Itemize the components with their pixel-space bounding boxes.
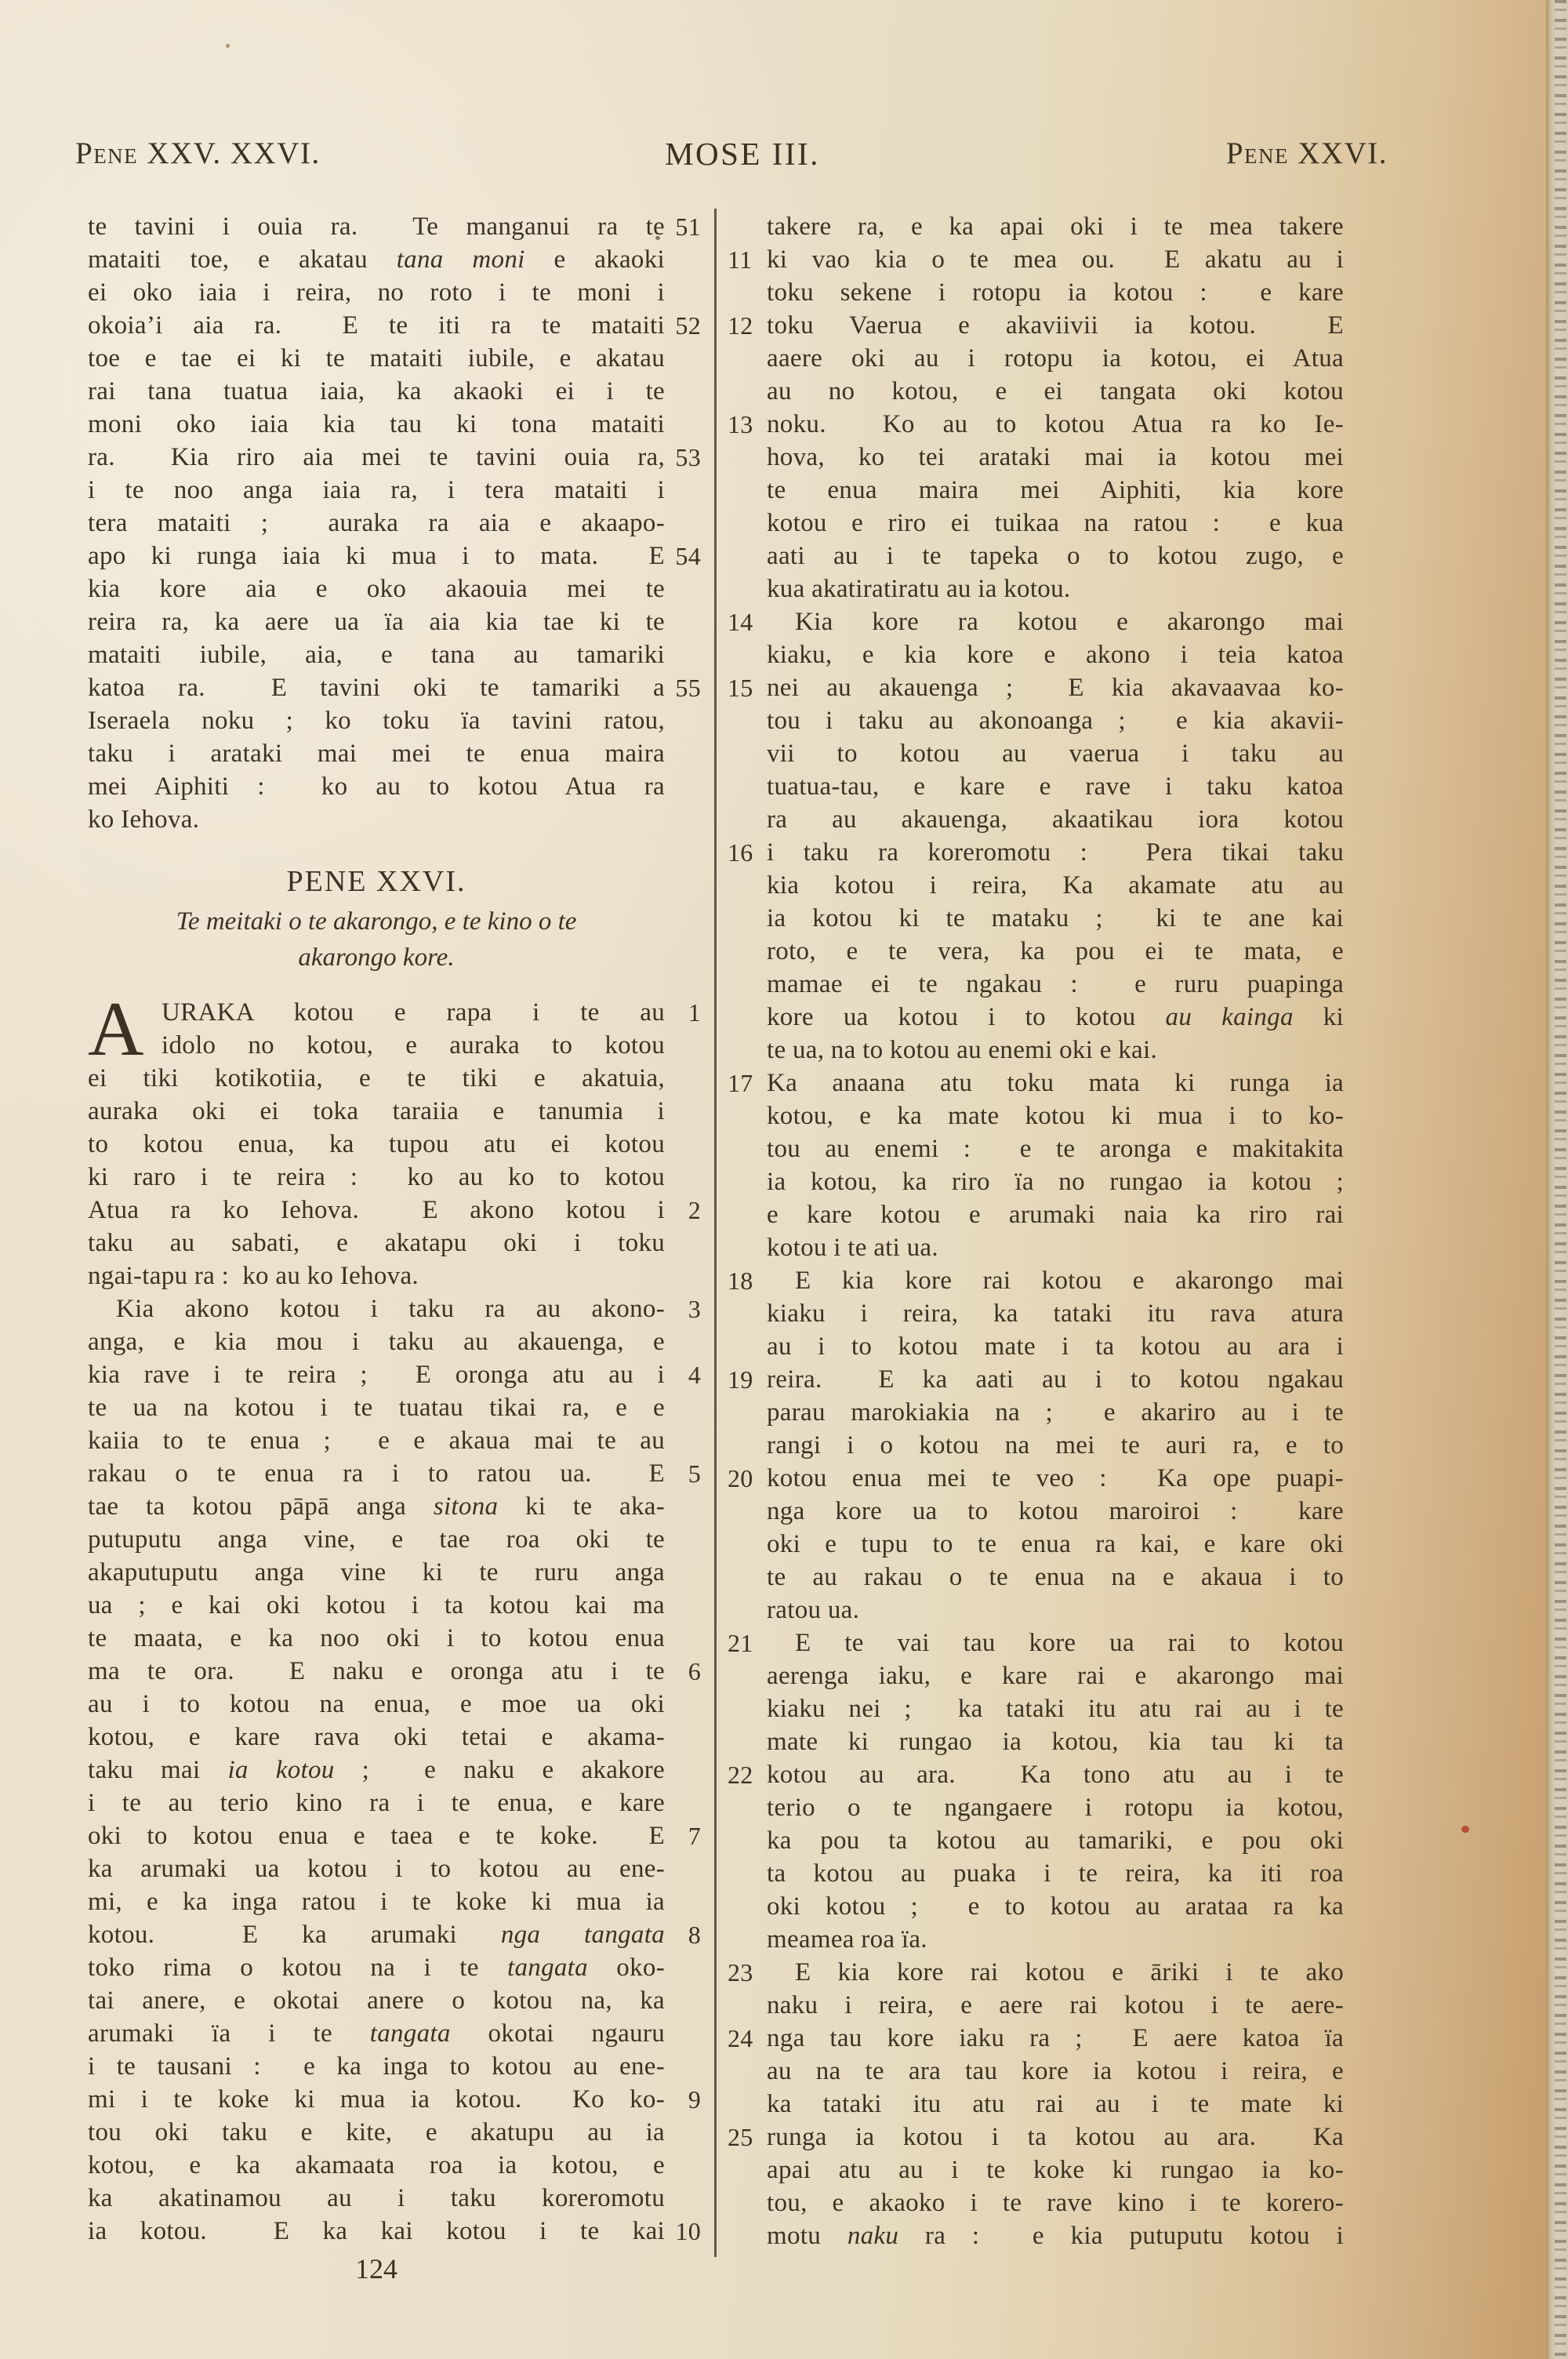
verse-number [665, 1391, 709, 1424]
text-line: mataiti iubile, aia, e tana au tamariki [88, 638, 709, 671]
verse-text: rakau o te enua ra i to ratou ua. E [88, 1457, 665, 1490]
verse-number: 55 [665, 671, 709, 704]
text-line: arumaki ïa i te tangata okotai ngauru [88, 2017, 709, 2050]
verse-number [665, 1622, 709, 1655]
text-line: ka tataki itu atu rai au i te mate ki [723, 2088, 1344, 2121]
verse-text: te ua na kotou i te tuatau tikai ra, e e [88, 1391, 665, 1424]
verse-text: kua akatiratiratu au ia kotou. [767, 572, 1344, 605]
verse-number: 3 [665, 1292, 709, 1325]
text-line: kotou. E ka arumaki nga tangata8 [88, 1918, 709, 1951]
verse-number: 15 [723, 671, 767, 704]
text-line: mataiti toe, e akatau tana moni e akaoki [88, 243, 709, 276]
text-line: mi, e ka inga ratou i te koke ki mua ia [88, 1885, 709, 1918]
verse-text: tae ta kotou pāpā anga sitona ki te aka- [88, 1490, 665, 1523]
text-line: ngai-tapu ra : ko au ko Iehova. [88, 1259, 709, 1292]
verse-text: parau marokiakia na ; e akariro au i te [767, 1396, 1344, 1429]
verse-number [723, 1330, 767, 1363]
verse-text: ka tataki itu atu rai au i te mate ki [767, 2088, 1344, 2121]
text-line: Kia akono kotou i taku ra au akono-3 [88, 1292, 709, 1325]
verse-number [723, 1165, 767, 1198]
verse-number [723, 1692, 767, 1725]
text-line: i te tausani : e ka inga to kotou au ene… [88, 2050, 709, 2083]
verse-number [665, 803, 709, 836]
text-line: apai atu au i te koke ki rungao ia ko- [723, 2154, 1344, 2186]
text-line: taku i arataki mai mei te enua maira [88, 737, 709, 770]
verse-text: au i to kotou na enua, e moe ua oki [88, 1688, 665, 1721]
column-divider-rule [714, 209, 717, 2257]
verse-number [665, 1227, 709, 1259]
text-line: oki kotou ; e to kotou au arataa ra ka [723, 1890, 1344, 1923]
text-line: Atua ra ko Iehova. E akono kotou i2 [88, 1194, 709, 1227]
verse-text: reira ra, ka aere ua ïa aia kia tae ki t… [88, 605, 665, 638]
verse-number [665, 1490, 709, 1523]
verse-text: te enua maira mei Aiphiti, kia kore [767, 474, 1344, 507]
verse-number [723, 737, 767, 770]
text-line: aati au i te tapeka o to kotou zugo, e [723, 540, 1344, 572]
text-line: ka akatinamou au i taku koreromotu [88, 2182, 709, 2215]
text-line: terio o te ngangaere i rotopu ia kotou, [723, 1791, 1344, 1824]
text-line: 15nei au akauenga ; E kia akavaavaa ko- [723, 671, 1344, 704]
verse-number [665, 1523, 709, 1556]
verse-number [723, 1495, 767, 1528]
verse-text: ka pou ta kotou au tamariki, e pou oki [767, 1824, 1344, 1857]
text-line: akaputuputu anga vine ki te ruru anga [88, 1556, 709, 1589]
text-line: tou i taku au akonoanga ; e kia akavii- [723, 704, 1344, 737]
text-line: takere ra, e ka apai oki i te mea takere [723, 210, 1344, 243]
text-line: 16i taku ra koreromotu : Pera tikai taku [723, 836, 1344, 869]
verse-number [723, 474, 767, 507]
text-line: parau marokiakia na ; e akariro au i te [723, 1396, 1344, 1429]
verse-text: tai anere, e okotai anere o kotou na, ka [88, 1984, 665, 2017]
verse-number [723, 1429, 767, 1462]
text-line: rakau o te enua ra i to ratou ua. E5 [88, 1457, 709, 1490]
verse-text: putuputu anga vine, e tae roa oki te [88, 1523, 665, 1556]
verse-text: E kia kore rai kotou e āriki i te ako [767, 1956, 1344, 1989]
verse-text: ia kotou ki te mataku ; ki te ane kai [767, 902, 1344, 935]
verse-number [665, 1852, 709, 1885]
text-line: 21E te vai tau kore ua rai to kotou [723, 1627, 1344, 1659]
verse-number: 10 [665, 2215, 709, 2248]
verse-text: mei Aiphiti : ko au to kotou Atua ra [88, 770, 665, 803]
text-line: kotou, e ka akamaata roa ia kotou, e [88, 2149, 709, 2182]
verse-text: kiaku i reira, ka tataki itu rava atura [767, 1297, 1344, 1330]
verse-number [665, 1259, 709, 1292]
verse-text: ko Iehova. [88, 803, 665, 836]
text-line: kaiia to te enua ; e e akaua mai te au [88, 1424, 709, 1457]
verse-text: Kia kore ra kotou e akarongo mai [767, 605, 1344, 638]
verse-number: 54 [665, 540, 709, 572]
verse-number [665, 1951, 709, 1984]
text-line: anga, e kia mou i taku au akauenga, e [88, 1325, 709, 1358]
text-line: tou au enemi : e te aronga e makitakita [723, 1132, 1344, 1165]
verse-number [665, 342, 709, 375]
text-line: tai anere, e okotai anere o kotou na, ka [88, 1984, 709, 2017]
running-head-left: Pene XXV. XXVI. [75, 133, 321, 174]
text-line: toku sekene i rotopu ia kotou : e kare [723, 276, 1344, 309]
verse-text: i te au terio kino ra i te enua, e kare [88, 1787, 665, 1819]
text-line: te ua na kotou i te tuatau tikai ra, e e [88, 1391, 709, 1424]
text-line: 25runga ia kotou i ta kotou au ara. Ka [723, 2121, 1344, 2154]
text-line: kia rave i te reira ; E oronga atu au i4 [88, 1358, 709, 1391]
verse-text: arumaki ïa i te tangata okotai ngauru [88, 2017, 665, 2050]
verse-number [723, 1725, 767, 1758]
verse-number [723, 704, 767, 737]
verse-number [723, 1561, 767, 1594]
verse-number [665, 2182, 709, 2215]
verse-text: oki e tupu to te enua ra kai, e kare oki [767, 1528, 1344, 1561]
text-line: au i to kotou na enua, e moe ua oki [88, 1688, 709, 1721]
text-line: aerenga iaku, e kare rai e akarongo mai [723, 1659, 1344, 1692]
text-line: te ua, na to kotou au enemi oki e kai. [723, 1034, 1344, 1067]
verse-text: ei oko iaia i reira, no roto i te moni i [88, 276, 665, 309]
verse-text: anga, e kia mou i taku au akauenga, e [88, 1325, 665, 1358]
verse-text: ei tiki kotikotiia, e te tiki e akatuia, [88, 1062, 665, 1095]
verse-text: tou, e akaoko i te rave kino i te korero… [767, 2186, 1344, 2219]
text-line: 19reira. E ka aati au i to kotou ngakau [723, 1363, 1344, 1396]
verse-text: naku i reira, e aere rai kotou i te aere… [767, 1989, 1344, 2022]
verse-number: 25 [723, 2121, 767, 2154]
verse-text: E kia kore rai kotou e akarongo mai [767, 1264, 1344, 1297]
text-line: mei Aiphiti : ko au to kotou Atua ra [88, 770, 709, 803]
verse-text: e kare kotou e arumaki naia ka riro rai [767, 1198, 1344, 1231]
verse-text: motu naku ra : e kia putuputu kotou i [767, 2219, 1344, 2252]
text-line: te enua maira mei Aiphiti, kia kore [723, 474, 1344, 507]
verse-number: 24 [723, 2022, 767, 2055]
text-line: 24nga tau kore iaku ra ; E aere katoa ïa [723, 2022, 1344, 2055]
text-line: ratou ua. [723, 1594, 1344, 1627]
paper-speck [655, 236, 660, 240]
text-line: ua ; e kai oki kotou i ta kotou kai ma [88, 1589, 709, 1622]
verse-number: 12 [723, 309, 767, 342]
verse-text: kotou. E ka arumaki nga tangata [88, 1918, 665, 1951]
verse-number [665, 1556, 709, 1589]
text-line: tuatua-tau, e kare e rave i taku katoa [723, 770, 1344, 803]
verse-text: te maata, e ka noo oki i to kotou enua [88, 1622, 665, 1655]
text-line: kia kotou i reira, Ka akamate atu au [723, 869, 1344, 902]
verse-number [665, 1721, 709, 1754]
verse-number [665, 243, 709, 276]
text-line: 23E kia kore rai kotou e āriki i te ako [723, 1956, 1344, 1989]
verse-number [723, 1297, 767, 1330]
verse-text: kotou e riro ei tuikaa na ratou : e kua [767, 507, 1344, 540]
verse-number: 23 [723, 1956, 767, 1989]
text-line: ei oko iaia i reira, no roto i te moni i [88, 276, 709, 309]
verse-number [723, 1034, 767, 1067]
verse-text: ka arumaki ua kotou i to kotou au ene- [88, 1852, 665, 1885]
verse-text: akaputuputu anga vine ki te ruru anga [88, 1556, 665, 1589]
text-line: te maata, e ka noo oki i to kotou enua [88, 1622, 709, 1655]
verse-number [723, 968, 767, 1001]
verse-number [723, 902, 767, 935]
verse-text: te tavini i ouia ra. Te manganui ra te [88, 210, 665, 243]
verse-number [723, 1791, 767, 1824]
verse-number [723, 1198, 767, 1231]
verse-text: ia kotou, ka riro ïa no rungao ia kotou … [767, 1165, 1344, 1198]
text-line: oki e tupu to te enua ra kai, e kare oki [723, 1528, 1344, 1561]
verse-number [665, 770, 709, 803]
text-line: 22kotou au ara. Ka tono atu au i te [723, 1758, 1344, 1791]
verse-text: kore ua kotou i to kotou au kainga ki [767, 1001, 1344, 1034]
verse-text: nei au akauenga ; E kia akavaavaa ko- [767, 671, 1344, 704]
verse-number [723, 342, 767, 375]
text-line: vii to kotou au vaerua i taku au [723, 737, 1344, 770]
verse-number [723, 770, 767, 803]
verse-number [665, 1754, 709, 1787]
chapter-heading: PENE XXVI. [88, 860, 709, 903]
verse-text: tera mataiti ; auraka ra aia e akaapo- [88, 507, 665, 540]
verse-text: kotou, e ka mate kotou ki mua i to ko- [767, 1100, 1344, 1132]
text-line: ki raro i te reira : ko au ko to kotou [88, 1161, 709, 1194]
text-line: kiaku nei ; ka tataki itu atu rai au i t… [723, 1692, 1344, 1725]
verse-number: 19 [723, 1363, 767, 1396]
text-line: mate ki rungao ia kotou, kia tau ki ta [723, 1725, 1344, 1758]
text-line: te au rakau o te enua na e akaua i to [723, 1561, 1344, 1594]
verse-number: 7 [665, 1819, 709, 1852]
verse-text: taku i arataki mai mei te enua maira [88, 737, 665, 770]
text-line: kiaku, e kia kore e akono i teia katoa [723, 638, 1344, 671]
book-page-photo: Pene XXV. XXVI. MOSE III. Pene XXVI. te … [0, 0, 1568, 2359]
red-dot-mark [1461, 1826, 1469, 1833]
verse-text: ra. Kia riro aia mei te tavini ouia ra, [88, 441, 665, 474]
verse-number [665, 474, 709, 507]
verse-text: ra au akauenga, akaatikau iora kotou [767, 803, 1344, 836]
verse-number: 8 [665, 1918, 709, 1951]
verse-text: kiaku, e kia kore e akono i teia katoa [767, 638, 1344, 671]
drop-cap: A [88, 997, 157, 1063]
verse-text: mataiti iubile, aia, e tana au tamariki [88, 638, 665, 671]
verse-text: i taku ra koreromotu : Pera tikai taku [767, 836, 1344, 869]
text-line: tae ta kotou pāpā anga sitona ki te aka- [88, 1490, 709, 1523]
verse-number: 4 [665, 1358, 709, 1391]
text-line: toko rima o kotou na i te tangata oko- [88, 1951, 709, 1984]
verse-text: au i to kotou mate i ta kotou au ara i [767, 1330, 1344, 1363]
text-column-right: takere ra, e ka apai oki i te mea takere… [723, 210, 1344, 2252]
text-line: au no kotou, e ei tangata oki kotou [723, 375, 1344, 408]
verse-number [665, 1787, 709, 1819]
verse-text: tou i taku au akonoanga ; e kia akavii- [767, 704, 1344, 737]
verse-text: kotou enua mei te veo : Ka ope puapi- [767, 1462, 1344, 1495]
verse-text: kia kore aia e oko akaouia mei te [88, 572, 665, 605]
verse-number [665, 605, 709, 638]
running-head-right: Pene XXVI. [1226, 133, 1388, 174]
verse-number [665, 2050, 709, 2083]
verse-number: 2 [665, 1194, 709, 1227]
verse-text: kia kotou i reira, Ka akamate atu au [767, 869, 1344, 902]
verse-number: 9 [665, 2083, 709, 2116]
text-line: ia kotou, ka riro ïa no rungao ia kotou … [723, 1165, 1344, 1198]
verse-number [665, 1325, 709, 1358]
verse-text: takere ra, e ka apai oki i te mea takere [767, 210, 1344, 243]
verse-number [723, 1857, 767, 1890]
text-line: nga kore ua to kotou maroiroi : kare [723, 1495, 1344, 1528]
text-line: 13noku. Ko au to kotou Atua ra ko Ie- [723, 408, 1344, 441]
verse-text: toku Vaerua e akaviivii ia kotou. E [767, 309, 1344, 342]
verse-number [723, 935, 767, 968]
verse-text: reira. E ka aati au i to kotou ngakau [767, 1363, 1344, 1396]
verse-number [723, 1231, 767, 1264]
verse-text: mataiti toe, e akatau tana moni e akaoki [88, 243, 665, 276]
text-line: Iseraela noku ; ko toku ïa tavini ratou, [88, 704, 709, 737]
verse-number [665, 408, 709, 441]
verse-text: kia rave i te reira ; E oronga atu au i [88, 1358, 665, 1391]
verse-text: E te vai tau kore ua rai to kotou [767, 1627, 1344, 1659]
text-line: kiaku i reira, ka tataki itu rava atura [723, 1297, 1344, 1330]
verse-text: moni oko iaia kia tau ki tona mataiti [88, 408, 665, 441]
text-line: aaere oki au i rotopu ia kotou, ei Atua [723, 342, 1344, 375]
verse-number [665, 1688, 709, 1721]
verse-number: 1 [665, 996, 709, 1029]
text-line: putuputu anga vine, e tae roa oki te [88, 1523, 709, 1556]
text-line: te tavini i ouia ra. Te manganui ra te51 [88, 210, 709, 243]
text-line: rangi i o kotou na mei te auri ra, e to [723, 1429, 1344, 1462]
verse-number: 17 [723, 1067, 767, 1100]
verse-number [665, 507, 709, 540]
verse-number [723, 1890, 767, 1923]
running-head: Pene XXV. XXVI. MOSE III. Pene XXVI. [0, 133, 1546, 174]
text-line: 17Ka anaana atu toku mata ki runga ia [723, 1067, 1344, 1100]
text-line: toe e tae ei ki te mataiti iubile, e aka… [88, 342, 709, 375]
verse-text: rai tana tuatua iaia, ka akaoki ei i te [88, 375, 665, 408]
verse-number [723, 1824, 767, 1857]
verse-number [665, 1029, 709, 1062]
verse-text: oki to kotou enua e taea e te koke. E [88, 1819, 665, 1852]
text-line: taku mai ia kotou ; e naku e akakore [88, 1754, 709, 1787]
text-line: ei tiki kotikotiia, e te tiki e akatuia, [88, 1062, 709, 1095]
verse-text: to kotou enua, ka tupou atu ei kotou [88, 1128, 665, 1161]
text-line: kotou e riro ei tuikaa na ratou : e kua [723, 507, 1344, 540]
text-line: naku i reira, e aere rai kotou i te aere… [723, 1989, 1344, 2022]
text-line: ka pou ta kotou au tamariki, e pou oki [723, 1824, 1344, 1857]
verse-number [723, 276, 767, 309]
text-line: 20kotou enua mei te veo : Ka ope puapi- [723, 1462, 1344, 1495]
verse-text: Ka anaana atu toku mata ki runga ia [767, 1067, 1344, 1100]
verse-text: apai atu au i te koke ki rungao ia ko- [767, 2154, 1344, 2186]
text-line: i te au terio kino ra i te enua, e kare [88, 1787, 709, 1819]
verse-text: kotou, e kare rava oki tetai e akama- [88, 1721, 665, 1754]
verse-text: okoia’i aia ra. E te iti ra te mataiti [88, 309, 665, 342]
text-line: auraka oki ei toka taraiia e tanumia i [88, 1095, 709, 1128]
verse-number [723, 540, 767, 572]
verse-text: ka akatinamou au i taku koreromotu [88, 2182, 665, 2215]
verse-number: 14 [723, 605, 767, 638]
verse-number [665, 1885, 709, 1918]
verse-text: taku au sabati, e akatapu oki i toku [88, 1227, 665, 1259]
verse-number [665, 1424, 709, 1457]
verse-number: 22 [723, 1758, 767, 1791]
text-line: okoia’i aia ra. E te iti ra te mataiti52 [88, 309, 709, 342]
verse-text: tuatua-tau, e kare e rave i taku katoa [767, 770, 1344, 803]
text-line: tou, e akaoko i te rave kino i te korero… [723, 2186, 1344, 2219]
verse-text: tou oki taku e kite, e akatupu au ia [88, 2116, 665, 2149]
text-line: au na te ara tau kore ia kotou i reira, … [723, 2055, 1344, 2088]
text-line: idolo no kotou, e auraka to kotou [88, 1029, 709, 1062]
verse-text: nga tau kore iaku ra ; E aere katoa ïa [767, 2022, 1344, 2055]
text-line: tera mataiti ; auraka ra aia e akaapo- [88, 507, 709, 540]
verse-number [723, 507, 767, 540]
verse-number [665, 2116, 709, 2149]
verse-text: runga ia kotou i ta kotou au ara. Ka [767, 2121, 1344, 2154]
verse-text: ma te ora. E naku e oronga atu i te [88, 1655, 665, 1688]
verse-text: kotou au ara. Ka tono atu au i te [767, 1758, 1344, 1791]
verse-number: 53 [665, 441, 709, 474]
text-line: ta kotou au puaka i te reira, ka iti roa [723, 1857, 1344, 1890]
text-line: to kotou enua, ka tupou atu ei kotou [88, 1128, 709, 1161]
verse-text: ratou ua. [767, 1594, 1344, 1627]
verse-number: 20 [723, 1462, 767, 1495]
text-line: 12toku Vaerua e akaviivii ia kotou. E [723, 309, 1344, 342]
verse-number [665, 572, 709, 605]
verse-text: noku. Ko au to kotou Atua ra ko Ie- [767, 408, 1344, 441]
verse-number [665, 276, 709, 309]
verse-text: URAKA kotou e rapa i te au [88, 996, 665, 1029]
verse-text: vii to kotou au vaerua i taku au [767, 737, 1344, 770]
verse-number [665, 1128, 709, 1161]
verse-text: auraka oki ei toka taraiia e tanumia i [88, 1095, 665, 1128]
verse-number [665, 1095, 709, 1128]
verse-text: te au rakau o te enua na e akaua i to [767, 1561, 1344, 1594]
text-line: kotou, e ka mate kotou ki mua i to ko- [723, 1100, 1344, 1132]
verse-text: kotou, e ka akamaata roa ia kotou, e [88, 2149, 665, 2182]
verse-number: 21 [723, 1627, 767, 1659]
text-line: oki to kotou enua e taea e te koke. E7 [88, 1819, 709, 1852]
text-line: kua akatiratiratu au ia kotou. [723, 572, 1344, 605]
verse-text: mamae ei te ngakau : e ruru puapinga [767, 968, 1344, 1001]
verse-text: katoa ra. E tavini oki te tamariki a [88, 671, 665, 704]
verse-number [723, 1396, 767, 1429]
text-line: taku au sabati, e akatapu oki i toku [88, 1227, 709, 1259]
verse-number: 18 [723, 1264, 767, 1297]
text-line: kore ua kotou i to kotou au kainga ki [723, 1001, 1344, 1034]
text-column-left: te tavini i ouia ra. Te manganui ra te51… [88, 210, 709, 2248]
text-line: ka arumaki ua kotou i to kotou au ene- [88, 1852, 709, 1885]
verse-text: kotou i te ati ua. [767, 1231, 1344, 1264]
verse-text: mi, e ka inga ratou i te koke ki mua ia [88, 1885, 665, 1918]
verse-number [723, 2088, 767, 2121]
verse-text: toko rima o kotou na i te tangata oko- [88, 1951, 665, 1984]
verse-number [665, 704, 709, 737]
text-line: ia kotou. E ka kai kotou i te kai10 [88, 2215, 709, 2248]
text-line: e kare kotou e arumaki naia ka riro rai [723, 1198, 1344, 1231]
verse-text: te ua, na to kotou au enemi oki e kai. [767, 1034, 1344, 1067]
text-line: tou oki taku e kite, e akatupu au ia [88, 2116, 709, 2149]
running-head-center: MOSE III. [644, 133, 840, 174]
verse-text: rangi i o kotou na mei te auri ra, e to [767, 1429, 1344, 1462]
verse-number [723, 2186, 767, 2219]
verse-text: aaere oki au i rotopu ia kotou, ei Atua [767, 342, 1344, 375]
text-line: motu naku ra : e kia putuputu kotou i [723, 2219, 1344, 2252]
verse-text: ta kotou au puaka i te reira, ka iti roa [767, 1857, 1344, 1890]
verse-number [723, 1989, 767, 2022]
text-line: ko Iehova. [88, 803, 709, 836]
verse-number [723, 1528, 767, 1561]
verse-number [723, 441, 767, 474]
verse-number: 16 [723, 836, 767, 869]
text-line: kotou, e kare rava oki tetai e akama- [88, 1721, 709, 1754]
verse-text: i te tausani : e ka inga to kotou au ene… [88, 2050, 665, 2083]
verse-number: 13 [723, 408, 767, 441]
paper-speck [226, 44, 230, 48]
verse-number: 6 [665, 1655, 709, 1688]
verse-text: ngai-tapu ra : ko au ko Iehova. [88, 1259, 665, 1292]
verse-number [723, 1923, 767, 1956]
verse-number [665, 1161, 709, 1194]
verse-text: mi i te koke ki mua ia kotou. Ko ko- [88, 2083, 665, 2116]
verse-text: idolo no kotou, e auraka to kotou [88, 1029, 665, 1062]
verse-text: meamea roa ïa. [767, 1923, 1344, 1956]
verse-number [723, 2055, 767, 2088]
text-line: ma te ora. E naku e oronga atu i te6 [88, 1655, 709, 1688]
verse-text: ua ; e kai oki kotou i ta kotou kai ma [88, 1589, 665, 1622]
